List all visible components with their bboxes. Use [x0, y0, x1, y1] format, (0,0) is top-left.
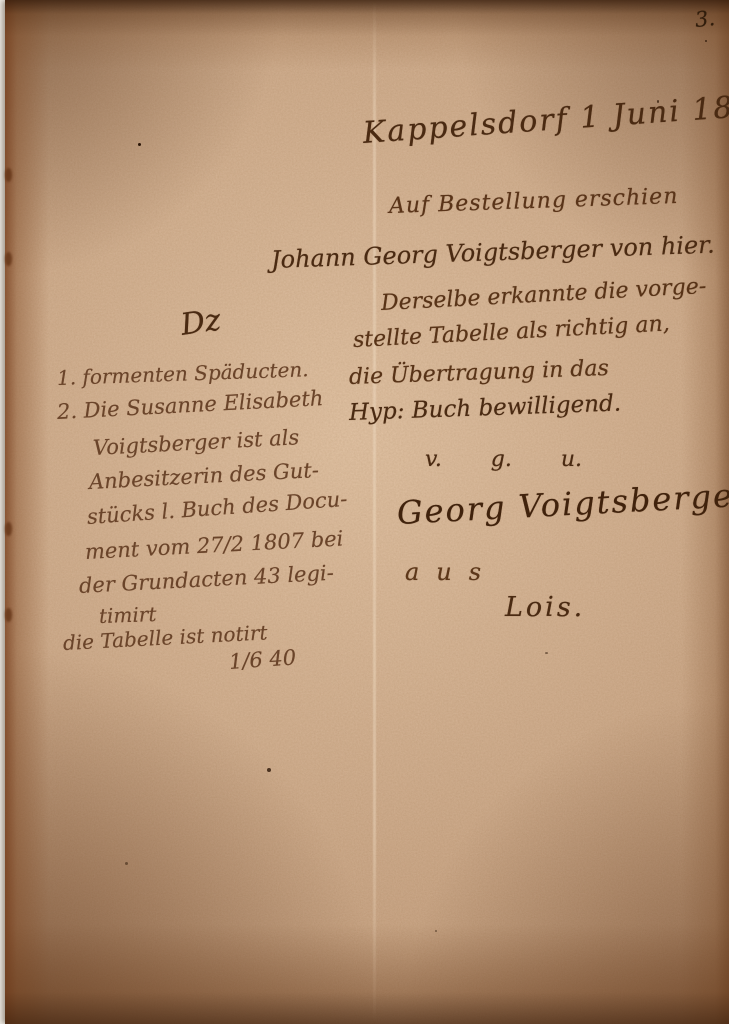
handwritten-line: Derselbe erkannte die vorge-	[380, 274, 707, 316]
binding-stitch	[5, 252, 12, 266]
left-column-heading: Dz	[179, 303, 223, 343]
binding-stitch	[5, 168, 12, 182]
handwritten-line: stücks l. Buch des Docu-	[86, 487, 348, 529]
handwritten-line: ment vom 27/2 1807 bei	[84, 526, 344, 564]
handwritten-line: 1/6 40	[228, 645, 297, 674]
handwritten-line: stellte Tabelle als richtig an,	[352, 311, 670, 353]
dateline: Kappelsdorf 1 Juni 1840.	[362, 86, 729, 151]
opening-line: Auf Bestellung erschien	[389, 184, 679, 219]
handwritten-line: 1. formenten Späducten.	[57, 357, 309, 390]
center-fold-crease	[373, 0, 376, 1024]
handwritten-line: der Grundacten 43 legi-	[78, 561, 334, 598]
handwritten-line: die Übertragung in das	[349, 356, 610, 390]
ink-speck	[435, 930, 437, 932]
ink-speck	[138, 143, 141, 146]
ink-speck	[545, 652, 548, 654]
handwritten-line: Johann Georg Voigtsberger von hier.	[271, 231, 716, 274]
ink-speck	[705, 40, 707, 42]
ink-speck	[267, 768, 271, 772]
signature-place: Lois.	[505, 592, 585, 623]
handwritten-line: Anbesitzerin des Gut-	[88, 458, 319, 494]
signature: Georg Voigtsberger	[396, 475, 729, 532]
handwritten-line: 2. Die Susanne Elisabeth	[56, 386, 324, 424]
page-number: 3.	[694, 6, 716, 32]
handwritten-line: timirt	[99, 602, 157, 628]
signature-aus: aus	[405, 558, 498, 586]
attestation-initials: v. g. u.	[425, 447, 582, 472]
ink-speck	[125, 862, 128, 865]
binding-stitch	[5, 522, 12, 536]
binding-stitch	[5, 608, 12, 622]
scanned-document: 3. Kappelsdorf 1 Juni 1840. Auf Bestellu…	[0, 0, 729, 1024]
handwritten-line: Voigtsberger ist als	[92, 425, 299, 460]
handwritten-line: Hyp: Buch bewilligend.	[349, 391, 622, 426]
manuscript-page: 3. Kappelsdorf 1 Juni 1840. Auf Bestellu…	[5, 0, 729, 1024]
